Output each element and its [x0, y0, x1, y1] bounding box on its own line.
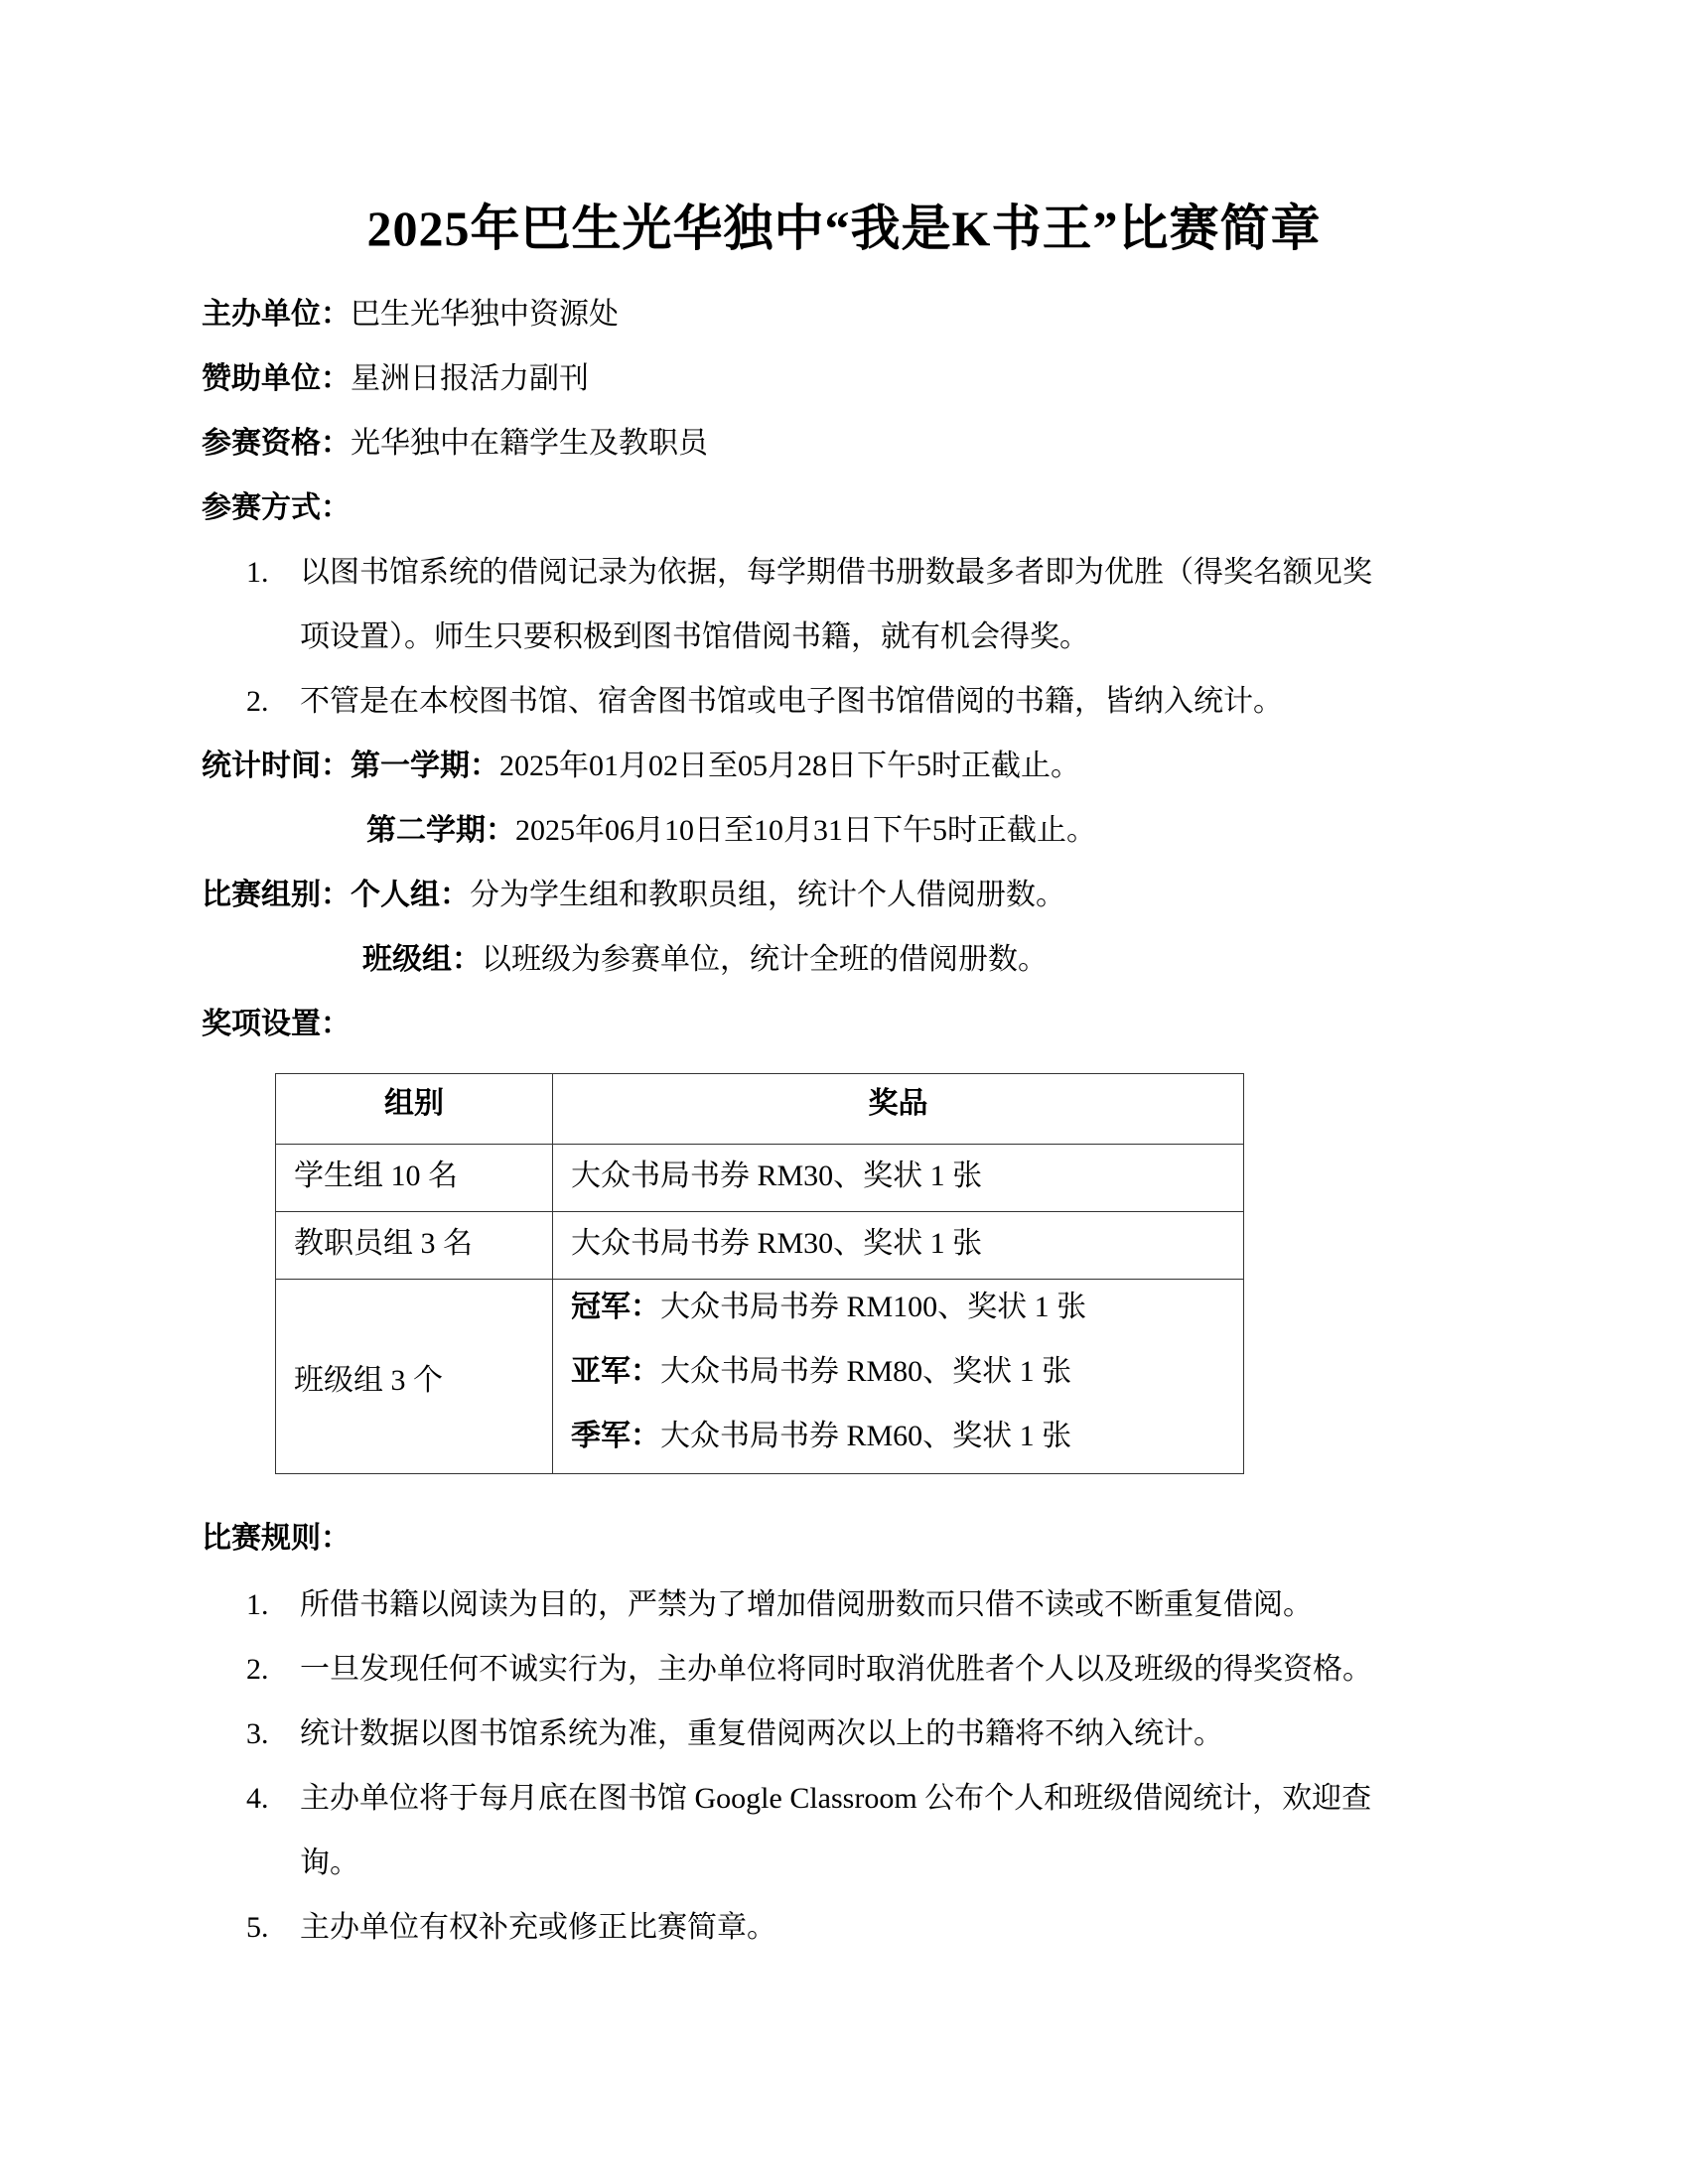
method-item-text: 不管是在本校图书馆、宿舍图书馆或电子图书馆借阅的书籍，皆纳入统计。 [300, 682, 1283, 722]
prize-cell: 大众书局书券 RM30、奖状 1 张 [553, 1212, 1244, 1280]
group-cell: 学生组 10 名 [276, 1145, 553, 1212]
group-individual-label: 个人组： [351, 879, 470, 911]
rank-prize: 大众书局书券 RM60、奖状 1 张 [660, 1420, 1071, 1452]
group-cell: 教职员组 3 名 [276, 1212, 553, 1280]
group-class-label: 班级组： [362, 943, 482, 976]
method-item-text: 项设置）。师生只要积极到图书馆借阅书籍，就有机会得奖。 [300, 617, 1089, 657]
method-heading: 参赛方式： [202, 488, 351, 528]
rule-text: 统计数据以图书馆系统为准，重复借阅两次以上的书籍将不纳入统计。 [300, 1714, 1223, 1754]
group-cell: 班级组 3 个 [276, 1280, 553, 1474]
period-line-1: 统计时间：第一学期：2025年01月02日至05月28日下午5时正截止。 [202, 747, 1080, 786]
table-header-group: 组别 [276, 1074, 553, 1145]
sponsor-label: 赞助单位： [202, 362, 351, 395]
eligibility-label: 参赛资格： [202, 427, 351, 460]
prize-third: 季军：大众书局书券 RM60、奖状 1 张 [571, 1409, 1225, 1473]
rule-number: 3. [246, 1714, 269, 1754]
period-line-2: 第二学期：2025年06月10日至10月31日下午5时正截止。 [366, 811, 1096, 851]
rank-prize: 大众书局书券 RM80、奖状 1 张 [660, 1355, 1071, 1388]
organizer-value: 巴生光华独中资源处 [351, 298, 619, 331]
rules-heading: 比赛规则： [202, 1519, 351, 1559]
rule-number: 1. [246, 1585, 269, 1625]
sponsor-value: 星洲日报活力副刊 [351, 362, 589, 395]
sponsor-line: 赞助单位：星洲日报活力副刊 [202, 359, 589, 399]
rule-number: 4. [246, 1779, 269, 1819]
rule-text: 询。 [300, 1843, 359, 1883]
organizer-line: 主办单位：巴生光华独中资源处 [202, 295, 619, 335]
rank-label: 亚军： [571, 1355, 660, 1388]
rule-text: 一旦发现任何不诚实行为，主办单位将同时取消优胜者个人以及班级的得奖资格。 [300, 1650, 1372, 1690]
group-class-value: 以班级为参赛单位，统计全班的借阅册数。 [482, 943, 1048, 976]
rule-number: 5. [246, 1908, 269, 1948]
groups-line-2: 班级组：以班级为参赛单位，统计全班的借阅册数。 [362, 940, 1048, 980]
term-1-label: 第一学期： [351, 750, 499, 782]
eligibility-line: 参赛资格：光华独中在籍学生及教职员 [202, 424, 708, 464]
table-row: 学生组 10 名 大众书局书券 RM30、奖状 1 张 [276, 1145, 1244, 1212]
rule-text: 主办单位有权补充或修正比赛简章。 [300, 1908, 776, 1948]
rank-label: 冠军： [571, 1291, 660, 1323]
table-header-row: 组别 奖品 [276, 1074, 1244, 1145]
document-title: 2025年巴生光华独中“我是K书王”比赛简章 [0, 199, 1688, 258]
prize-cell: 冠军：大众书局书券 RM100、奖状 1 张 亚军：大众书局书券 RM80、奖状… [553, 1280, 1244, 1474]
method-item-text: 以图书馆系统的借阅记录为依据，每学期借书册数最多者即为优胜（得奖名额见奖 [300, 553, 1372, 593]
rule-number: 2. [246, 1650, 269, 1690]
awards-heading: 奖项设置： [202, 1005, 351, 1044]
table-header-prize: 奖品 [553, 1074, 1244, 1145]
term-2-label: 第二学期： [366, 814, 515, 847]
awards-table: 组别 奖品 学生组 10 名 大众书局书券 RM30、奖状 1 张 教职员组 3… [275, 1073, 1244, 1474]
groups-line-1: 比赛组别：个人组：分为学生组和教职员组，统计个人借阅册数。 [202, 876, 1065, 915]
prize-runner-up: 亚军：大众书局书券 RM80、奖状 1 张 [571, 1344, 1225, 1409]
group-individual-value: 分为学生组和教职员组，统计个人借阅册数。 [470, 879, 1065, 911]
period-label: 统计时间： [202, 750, 351, 782]
eligibility-value: 光华独中在籍学生及教职员 [351, 427, 708, 460]
rank-label: 季军： [571, 1420, 660, 1452]
term-1-value: 2025年01月02日至05月28日下午5时正截止。 [499, 750, 1080, 782]
rank-prize: 大众书局书券 RM100、奖状 1 张 [660, 1291, 1086, 1323]
rule-text: 主办单位将于每月底在图书馆 Google Classroom 公布个人和班级借阅… [300, 1779, 1371, 1819]
method-item-number: 2. [246, 682, 269, 722]
groups-label: 比赛组别： [202, 879, 351, 911]
prize-cell: 大众书局书券 RM30、奖状 1 张 [553, 1145, 1244, 1212]
method-item-number: 1. [246, 553, 269, 593]
organizer-label: 主办单位： [202, 298, 351, 331]
rule-text: 所借书籍以阅读为目的，严禁为了增加借阅册数而只借不读或不断重复借阅。 [300, 1585, 1313, 1625]
table-row: 教职员组 3 名 大众书局书券 RM30、奖状 1 张 [276, 1212, 1244, 1280]
table-row: 班级组 3 个 冠军：大众书局书券 RM100、奖状 1 张 亚军：大众书局书券… [276, 1280, 1244, 1474]
term-2-value: 2025年06月10日至10月31日下午5时正截止。 [515, 814, 1096, 847]
prize-champion: 冠军：大众书局书券 RM100、奖状 1 张 [571, 1280, 1225, 1344]
